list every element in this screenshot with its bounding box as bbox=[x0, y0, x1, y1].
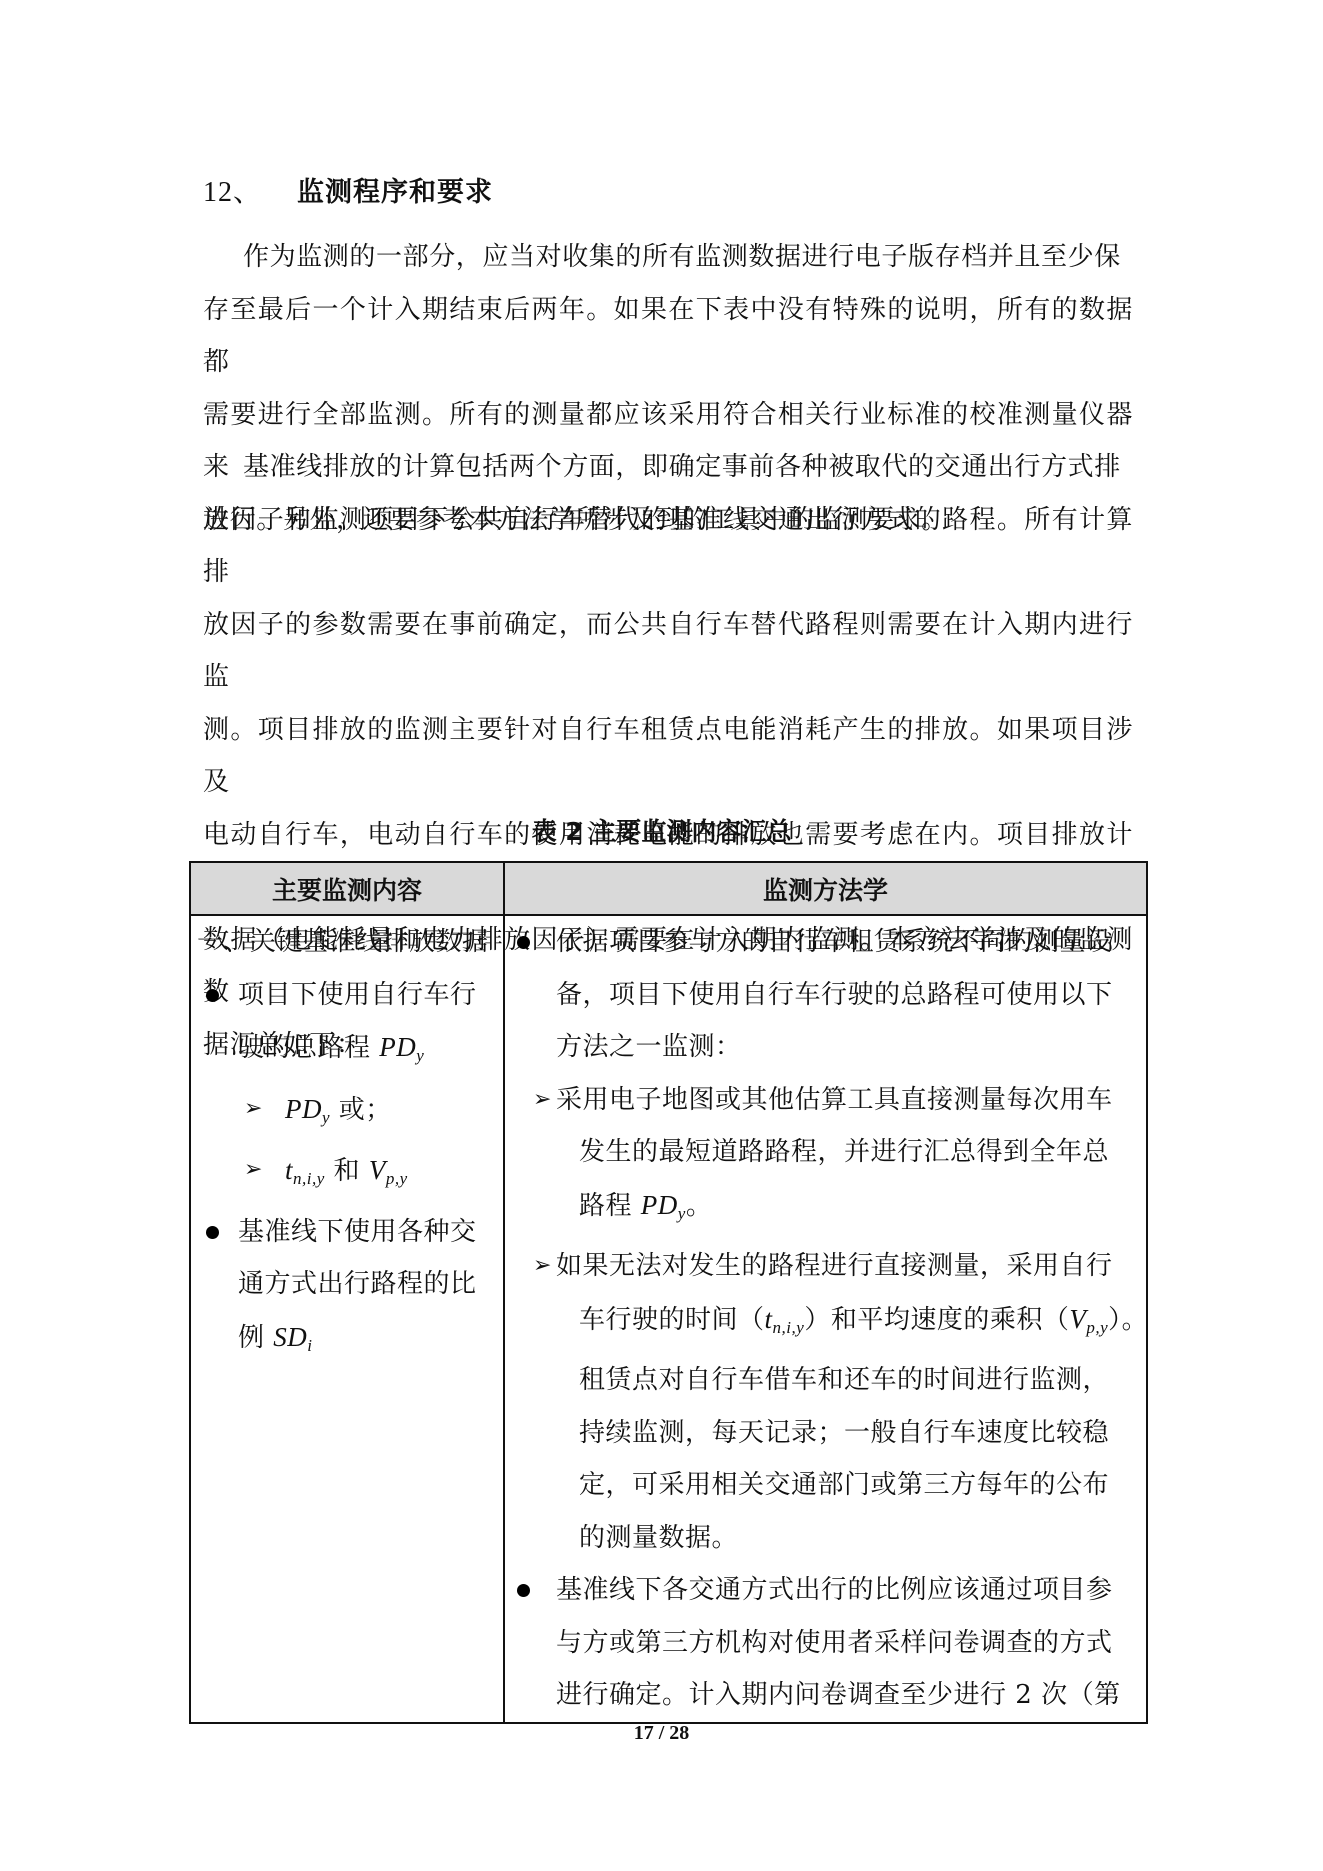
table-caption: 表 2 主要监测内容汇总 bbox=[0, 812, 1323, 848]
paragraph-line: 基准线排放的计算包括两个方面，即确定事前各种被取代的交通出行方式排 bbox=[203, 441, 1133, 494]
document-page: 12、监测程序和要求 作为监测的一部分，应当对收集的所有监测数据进行电子版存档并… bbox=[0, 0, 1323, 1871]
content-subitem-time-speed: ➢ tn,i,y 和 Vp,y bbox=[197, 1144, 503, 1206]
monitoring-table: 主要监测内容 监测方法学 一、关键基准线排放数据 项目下使用自行车行 驶的总路程… bbox=[189, 861, 1148, 1724]
content-group-title: 一、关键基准线排放数据 bbox=[197, 916, 503, 969]
content-subitem-pd: ➢ PDy 或； bbox=[197, 1083, 503, 1145]
page-number: 17 / 28 bbox=[0, 1722, 1323, 1745]
arrow-bullet-icon: ➢ bbox=[533, 1074, 552, 1127]
table-header-row: 主要监测内容 监测方法学 bbox=[190, 862, 1147, 915]
bullet-icon bbox=[206, 1226, 219, 1239]
arrow-bullet-icon: ➢ bbox=[244, 1083, 263, 1136]
header-monitoring-content: 主要监测内容 bbox=[190, 862, 504, 915]
header-monitoring-methodology: 监测方法学 bbox=[504, 862, 1147, 915]
section-heading: 12、监测程序和要求 bbox=[203, 170, 493, 210]
table-row: 一、关键基准线排放数据 项目下使用自行车行 驶的总路程 PDy ➢ PDy 或；… bbox=[190, 915, 1147, 1723]
cell-monitoring-content: 一、关键基准线排放数据 项目下使用自行车行 驶的总路程 PDy ➢ PDy 或；… bbox=[190, 915, 504, 1723]
method-option-electronic-map: ➢ 采用电子地图或其他估算工具直接测量每次用车 bbox=[505, 1074, 1146, 1127]
method-bullet-survey: 基准线下各交通方式出行的比例应该通过项目参 bbox=[505, 1564, 1146, 1617]
paragraph-line: 放因子的参数需要在事前确定，而公共自行车替代路程则需要在计入期内进行监 bbox=[203, 599, 1133, 704]
paragraph-line: 存至最后一个计入期结束后两年。如果在下表中没有特殊的说明，所有的数据都 bbox=[203, 284, 1133, 389]
content-item-total-distance: 项目下使用自行车行 bbox=[197, 969, 503, 1022]
method-bullet-measurement: 依据项目参与方的自行车租赁系统不同的测量设 bbox=[505, 916, 1146, 969]
paragraph-line: 作为监测的一部分，应当对收集的所有监测数据进行电子版存档并且至少保 bbox=[203, 231, 1133, 284]
bullet-icon bbox=[517, 936, 530, 949]
bullet-icon bbox=[206, 989, 219, 1002]
method-option-time-speed: ➢ 如果无法对发生的路程进行直接测量，采用自行 bbox=[505, 1240, 1146, 1293]
content-item-mode-share: 基准线下使用各种交 bbox=[197, 1206, 503, 1259]
section-title: 监测程序和要求 bbox=[297, 177, 493, 208]
paragraph-line: 放因子和监测项目下公共自行车替代的基准线交通出行方式的路程。所有计算排 bbox=[203, 494, 1133, 599]
section-number: 12、 bbox=[203, 170, 297, 210]
paragraph-line: 测。项目排放的监测主要针对自行车租赁点电能消耗产生的排放。如果项目涉及 bbox=[203, 704, 1133, 809]
bullet-icon bbox=[517, 1584, 530, 1597]
arrow-bullet-icon: ➢ bbox=[533, 1240, 552, 1293]
arrow-bullet-icon: ➢ bbox=[244, 1144, 263, 1197]
cell-monitoring-methodology: 依据项目参与方的自行车租赁系统不同的测量设 备，项目下使用自行车行驶的总路程可使… bbox=[504, 915, 1147, 1723]
